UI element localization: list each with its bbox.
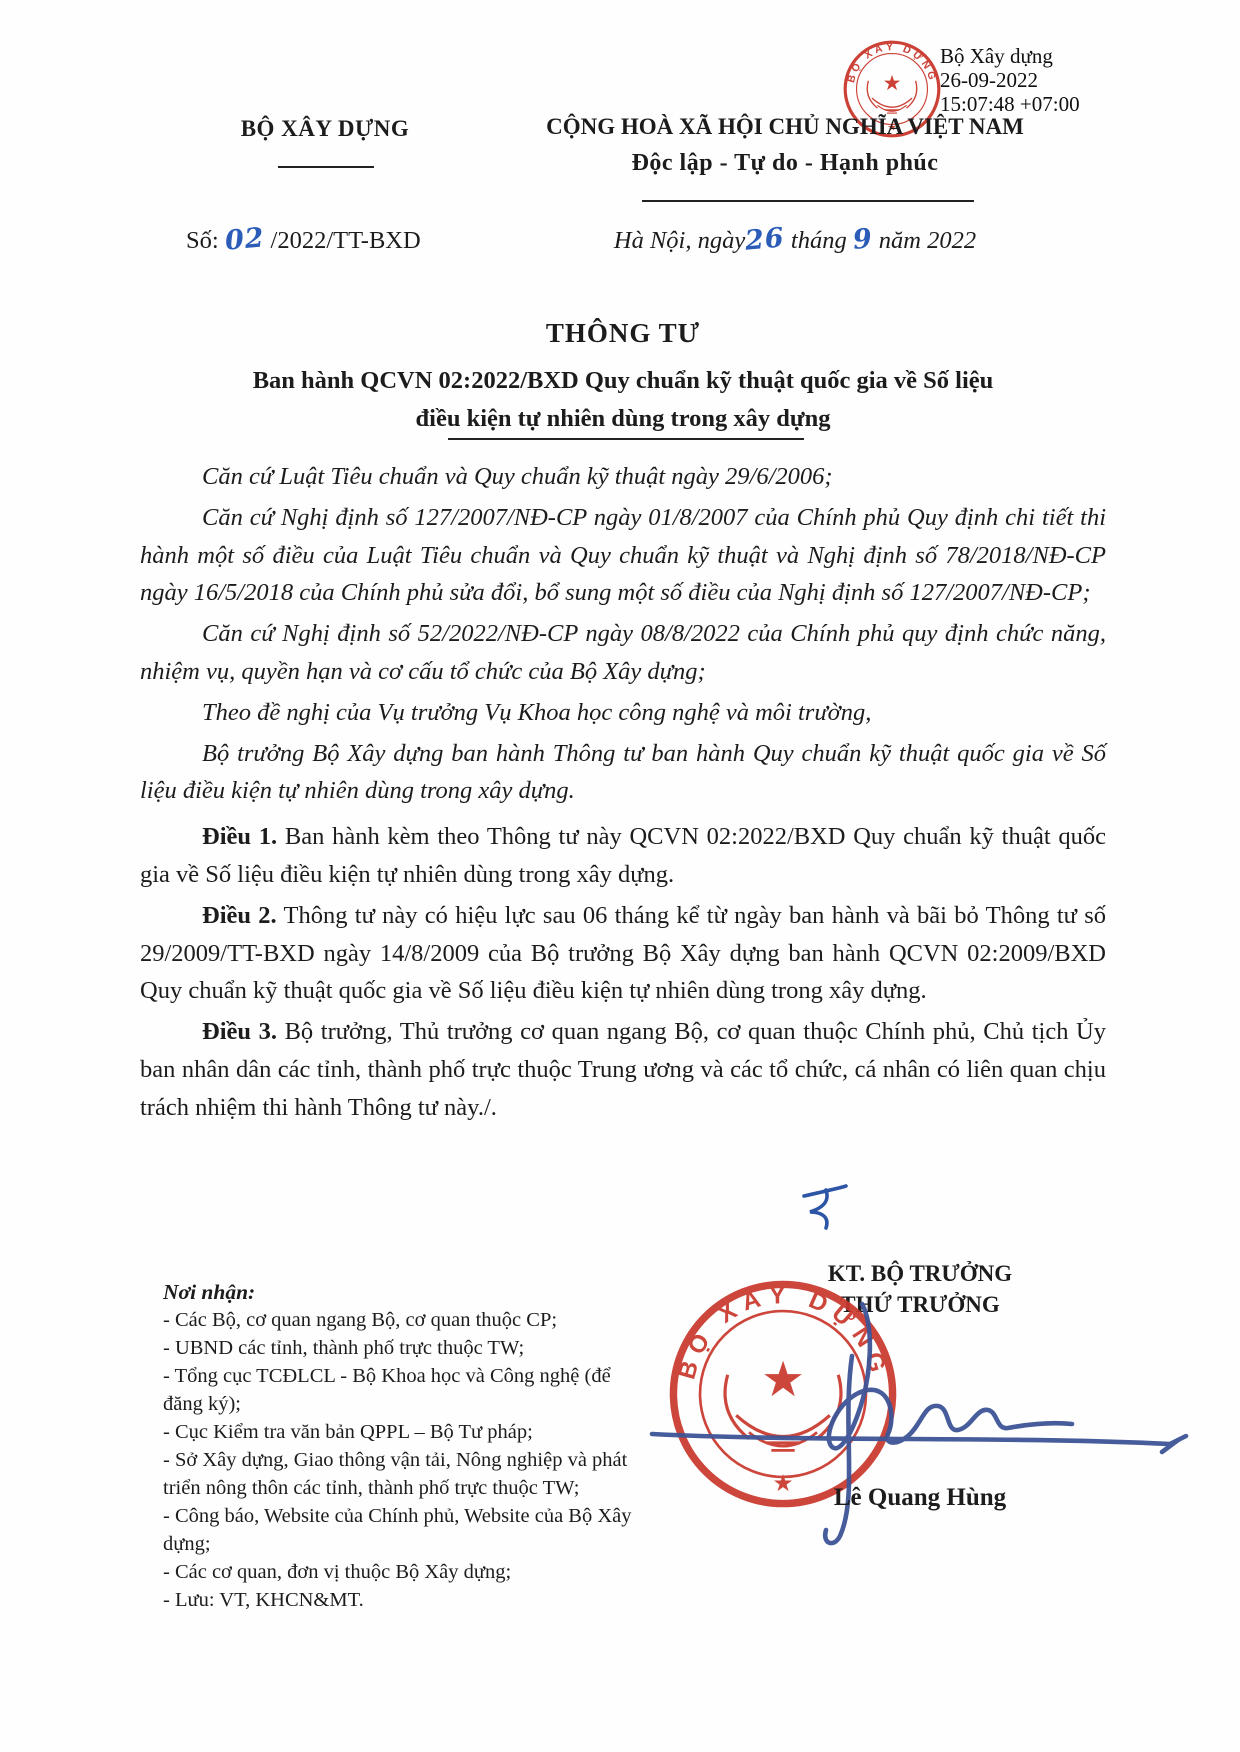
recipient-item: - Công báo, Website của Chính phủ, Websi… (163, 1502, 649, 1558)
date-suffix: năm 2022 (879, 227, 976, 254)
preamble-p1: Căn cứ Luật Tiêu chuẩn và Quy chuẩn kỹ t… (140, 458, 1106, 496)
recipients-label: Nơi nhận: (163, 1278, 649, 1306)
doc-number-label: Số: (186, 227, 219, 254)
preamble-p2: Căn cứ Nghị định số 127/2007/NĐ-CP ngày … (140, 499, 1106, 612)
document-title: Ban hành QCVN 02:2022/BXD Quy chuẩn kỹ t… (140, 362, 1106, 438)
preamble-p3: Căn cứ Nghị định số 52/2022/NĐ-CP ngày 0… (140, 615, 1106, 691)
document-number: Số: 02 /2022/TT-BXD (186, 224, 421, 255)
article-1: Điều 1. Ban hành kèm theo Thông tư này Q… (140, 818, 1106, 894)
date-month-handwritten: 9 (852, 223, 874, 256)
article-2-label: Điều 2. (202, 902, 277, 929)
doc-number-handwritten: 02 (224, 222, 266, 256)
cert-date: 26-09-2022 (940, 68, 1170, 92)
recipient-item: - Các cơ quan, đơn vị thuộc Bộ Xây dựng; (163, 1558, 649, 1586)
date-day-handwritten: 26 (744, 222, 786, 256)
article-2: Điều 2. Thông tư này có hiệu lực sau 06 … (140, 897, 1106, 1010)
recipient-item: - Tổng cục TCĐLCL - Bộ Khoa học và Công … (163, 1362, 649, 1418)
digital-signature-info: Bộ Xây dựng 26-09-2022 15:07:48 +07:00 (940, 44, 1170, 116)
article-1-text: Ban hành kèm theo Thông tư này QCVN 02:2… (140, 823, 1106, 888)
cert-time: 15:07:48 +07:00 (940, 92, 1170, 116)
recipient-item: - Sở Xây dựng, Giao thông vận tải, Nông … (163, 1446, 649, 1502)
preamble-p5: Bộ trưởng Bộ Xây dựng ban hành Thông tư … (140, 735, 1106, 811)
motto-underline (642, 200, 974, 202)
national-motto: Độc lập - Tự do - Hạnh phúc (505, 150, 1065, 177)
recipient-item: - Cục Kiểm tra văn bản QPPL – Bộ Tư pháp… (163, 1418, 649, 1446)
date-mid: tháng (791, 227, 847, 254)
article-2-text: Thông tư này có hiệu lực sau 06 tháng kể… (140, 902, 1106, 1005)
article-3-text: Bộ trưởng, Thủ trưởng cơ quan ngang Bộ, … (140, 1018, 1106, 1121)
title-underline (448, 438, 804, 440)
doc-number-suffix: /2022/TT-BXD (271, 227, 421, 254)
recipient-item: - Lưu: VT, KHCN&MT. (163, 1586, 649, 1614)
pen-mark (796, 1182, 852, 1234)
recipients-block: Nơi nhận: - Các Bộ, cơ quan ngang Bộ, cơ… (163, 1278, 649, 1614)
cert-agency: Bộ Xây dựng (940, 44, 1170, 68)
recipient-item: - Các Bộ, cơ quan ngang Bộ, cơ quan thuộ… (163, 1306, 649, 1334)
preamble: Căn cứ Luật Tiêu chuẩn và Quy chuẩn kỹ t… (140, 458, 1106, 810)
issuing-agency: BỘ XÂY DỰNG (205, 116, 445, 142)
signature-ink (590, 1286, 1210, 1576)
title-line1: Ban hành QCVN 02:2022/BXD Quy chuẩn kỹ t… (140, 362, 1106, 400)
article-3-label: Điều 3. (202, 1018, 277, 1045)
recipient-item: - UBND các tỉnh, thành phố trực thuộc TW… (163, 1334, 649, 1362)
date-prefix: Hà Nội, ngày (614, 227, 745, 254)
document-kind: THÔNG TƯ (140, 318, 1106, 349)
preamble-p4: Theo đề nghị của Vụ trưởng Vụ Khoa học c… (140, 694, 1106, 732)
signer-name: Lê Quang Hùng (700, 1484, 1140, 1512)
article-3: Điều 3. Bộ trưởng, Thủ trưởng cơ quan ng… (140, 1013, 1106, 1126)
title-line2: điều kiện tự nhiên dùng trong xây dựng (140, 400, 1106, 438)
document-page: BỘ XÂY DỰNG ★ ★ Bộ Xây dựng 26-09-2022 1… (0, 0, 1240, 1752)
document-body: Căn cứ Luật Tiêu chuẩn và Quy chuẩn kỹ t… (140, 458, 1106, 1127)
place-date-line: Hà Nội, ngày26 tháng 9 năm 2022 (560, 224, 1030, 255)
article-1-label: Điều 1. (202, 823, 277, 850)
agency-underline (278, 166, 374, 168)
national-title: CỘNG HOÀ XÃ HỘI CHỦ NGHĨA VIỆT NAM (505, 114, 1065, 140)
